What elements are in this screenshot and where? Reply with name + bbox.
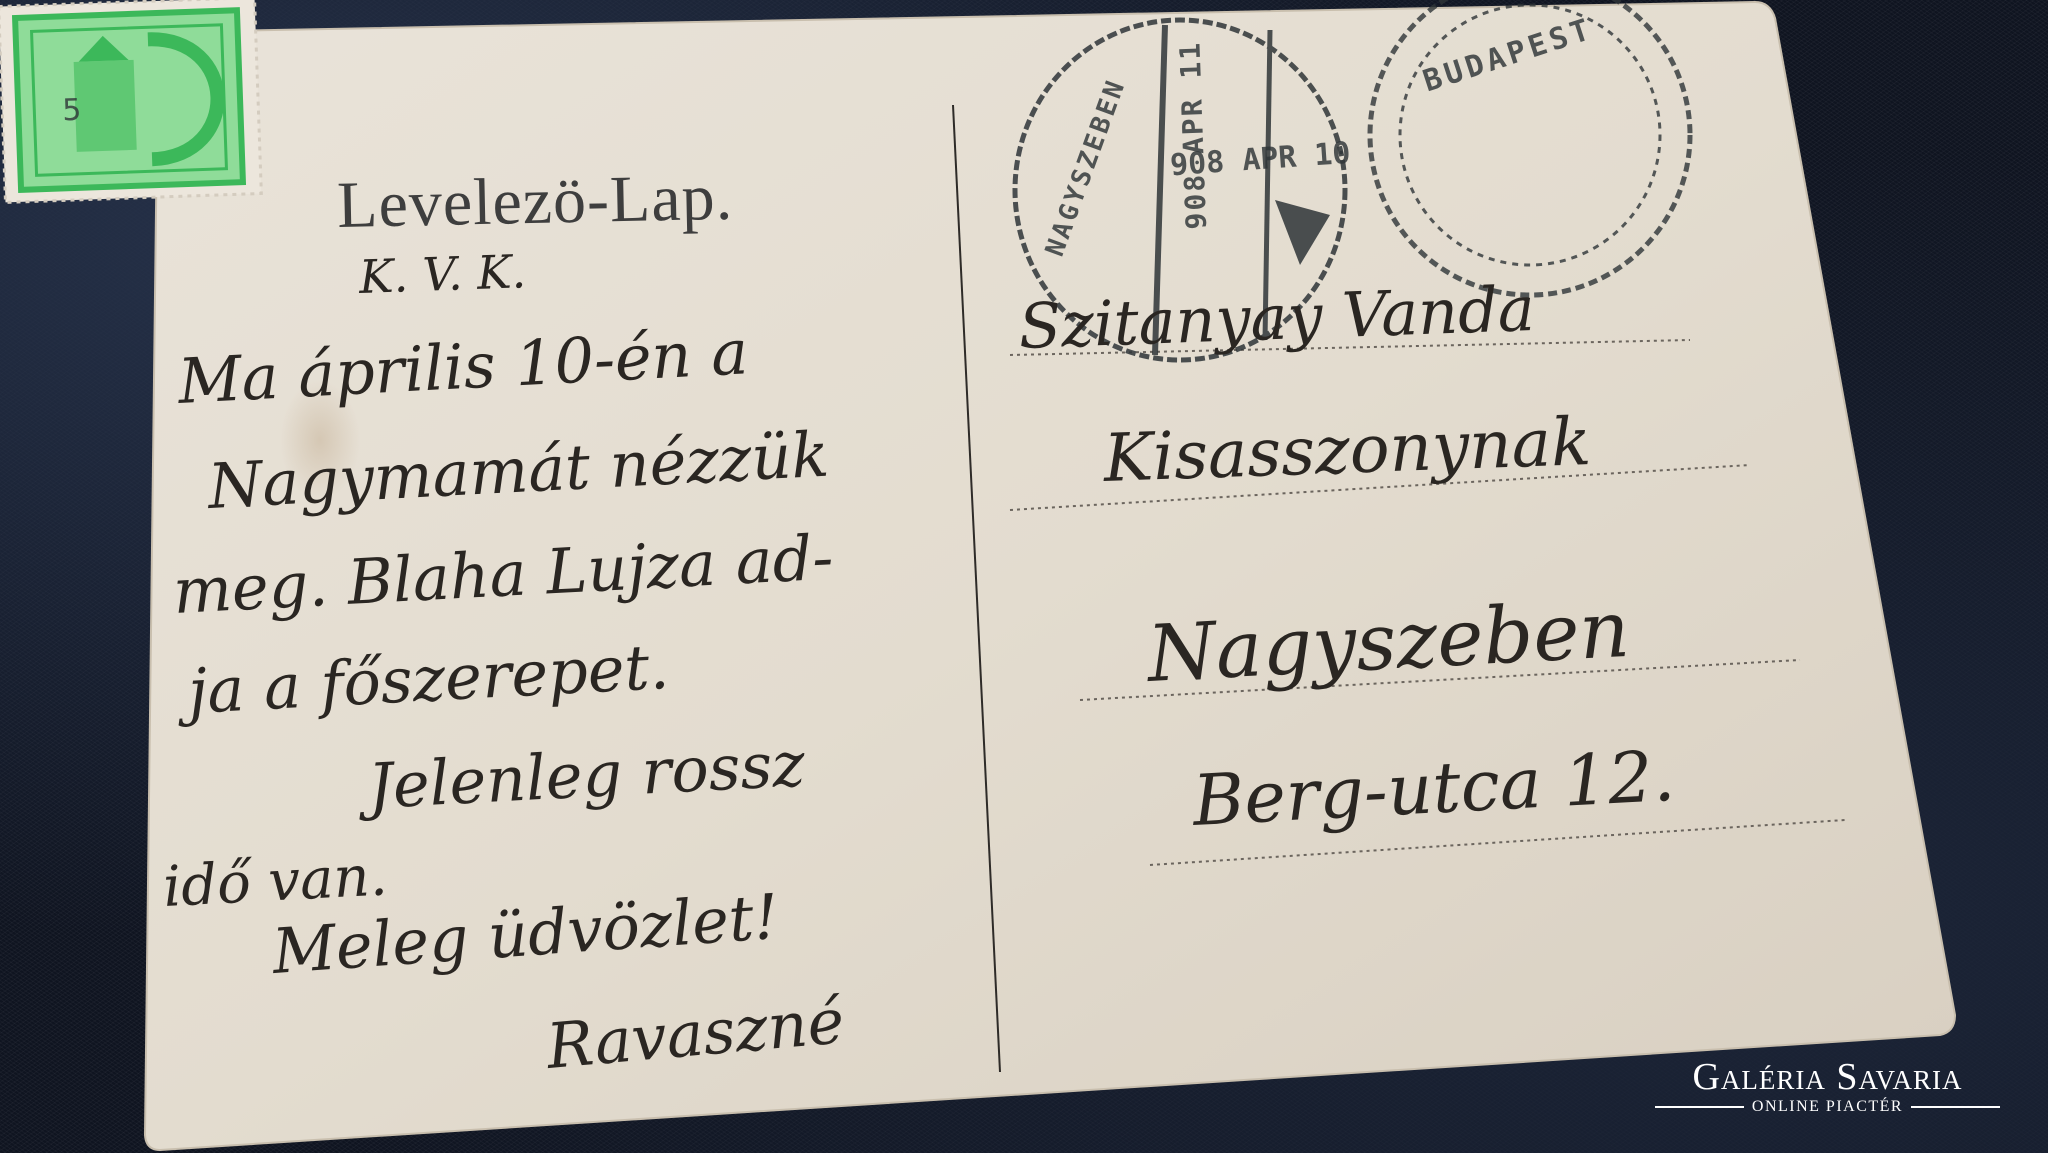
svg-text:5: 5 <box>62 93 82 129</box>
postcard: 5 908 APR 10 BUDAPEST 908 APR 11 NAGYSZE… <box>0 0 2048 1153</box>
watermark-subtitle: ONLINE PIACTÉR <box>1752 1098 1903 1116</box>
printed-header: Levelezö-Lap. <box>336 160 733 244</box>
watermark-logo: Galéria Savaria ONLINE PIACTÉR <box>1655 1058 2000 1116</box>
postage-stamp: 5 <box>0 0 263 204</box>
message-line: K. V. K. <box>358 244 527 304</box>
watermark-rule-right <box>1911 1106 2000 1108</box>
watermark-rule-left <box>1655 1106 1744 1108</box>
watermark-name: Galéria Savaria <box>1655 1058 2000 1096</box>
postmark-nagyszeben-date: 908 APR 11 <box>1173 40 1213 230</box>
